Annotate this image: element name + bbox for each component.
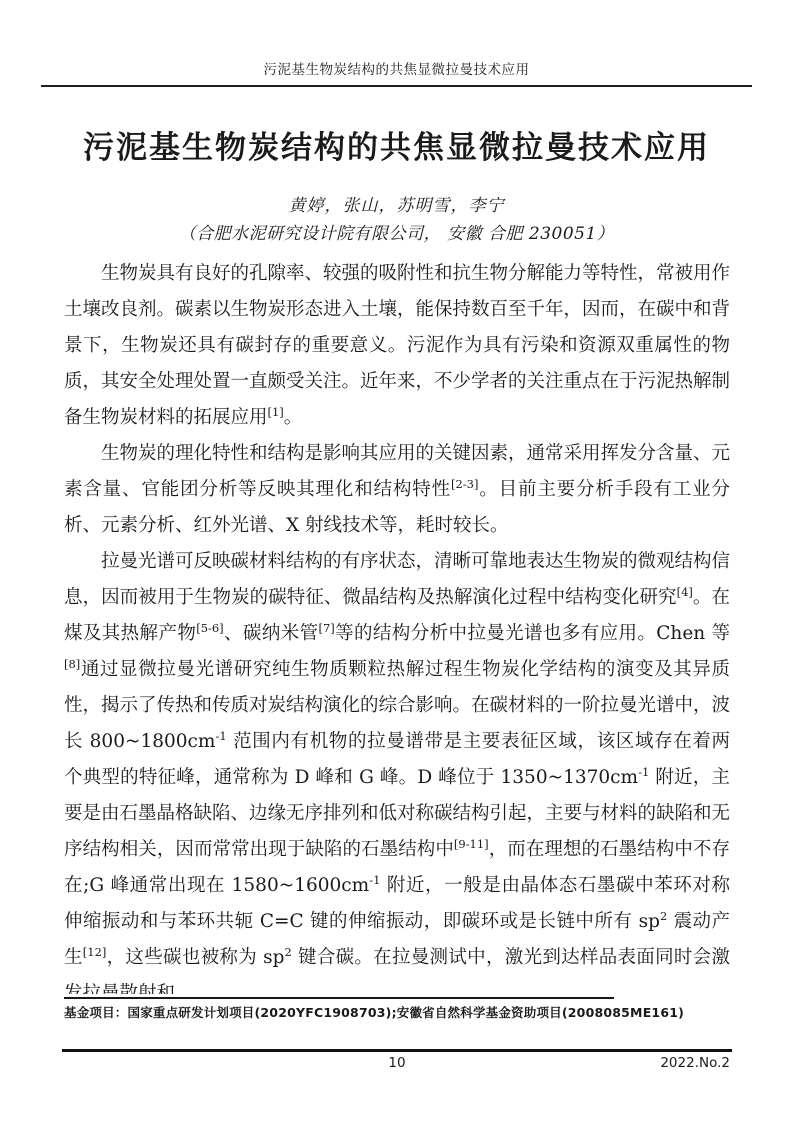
citation-superscript: [1]	[268, 405, 284, 419]
citation-superscript: [5-6]	[196, 621, 223, 635]
body-paragraph: 拉曼光谱可反映碳材料结构的有序状态，清晰可靠地表达生物炭的微观结构信息，因而被用…	[64, 544, 730, 994]
body-text-run: 等的结构分析中拉曼光谱也多有应用。Chen 等	[335, 623, 730, 644]
body-paragraph: 生物炭的理化特性和结构是影响其应用的关键因素，通常采用挥发分含量、元素含量、官能…	[64, 436, 730, 544]
body-text: 生物炭具有良好的孔隙率、较强的吸附性和抗生物分解能力等特性，常被用作土壤改良剂。…	[64, 256, 730, 994]
citation-superscript: [2-3]	[451, 477, 478, 491]
citation-superscript: -1	[369, 873, 380, 887]
citation-superscript: -1	[638, 765, 649, 779]
citation-superscript: [12]	[83, 945, 107, 959]
citation-superscript: [4]	[677, 585, 693, 599]
page-footer: 10 2022.No.2	[62, 1049, 732, 1077]
body-text-run: 拉曼光谱可反映碳材料结构的有序状态，清晰可靠地表达生物炭的微观结构信息，因而被用…	[64, 551, 730, 608]
footnote: 基金项目：国家重点研发计划项目(2020YFC1908703);安徽省自然科学基…	[64, 997, 732, 1021]
body-text-run: 生物炭具有良好的孔隙率、较强的吸附性和抗生物分解能力等特性，常被用作土壤改良剂。…	[64, 263, 730, 428]
citation-superscript: [8]	[64, 657, 80, 671]
page-number: 10	[62, 1055, 732, 1071]
document-page: 污泥基生物炭结构的共焦显微拉曼技术应用 污泥基生物炭结构的共焦显微拉曼技术应用 …	[0, 0, 793, 1122]
paper-title: 污泥基生物炭结构的共焦显微拉曼技术应用	[0, 122, 793, 167]
body-text-run: ，这些碳也被称为 sp	[106, 947, 284, 968]
authors-line: 黄婷，张山，苏明雪，李宁	[0, 191, 793, 216]
body-paragraph: 生物炭具有良好的孔隙率、较强的吸附性和抗生物分解能力等特性，常被用作土壤改良剂。…	[64, 256, 730, 436]
body-text-run: 。	[284, 407, 303, 428]
citation-superscript: 2	[285, 945, 292, 959]
citation-superscript: -1	[215, 729, 226, 743]
citation-superscript: [9-11]	[454, 837, 489, 851]
running-header: 污泥基生物炭结构的共焦显微拉曼技术应用	[41, 0, 752, 87]
issue-number: 2022.No.2	[660, 1055, 730, 1071]
running-header-title: 污泥基生物炭结构的共焦显微拉曼技术应用	[264, 62, 530, 78]
citation-superscript: [7]	[319, 621, 335, 635]
funding-note: 基金项目：国家重点研发计划项目(2020YFC1908703);安徽省自然科学基…	[64, 999, 732, 1021]
affiliation-line: （合肥水泥研究设计院有限公司， 安徽 合肥 230051）	[0, 219, 793, 244]
body-text-run: 、碳纳米管	[224, 623, 319, 644]
footer-rule: 10 2022.No.2	[62, 1052, 732, 1077]
